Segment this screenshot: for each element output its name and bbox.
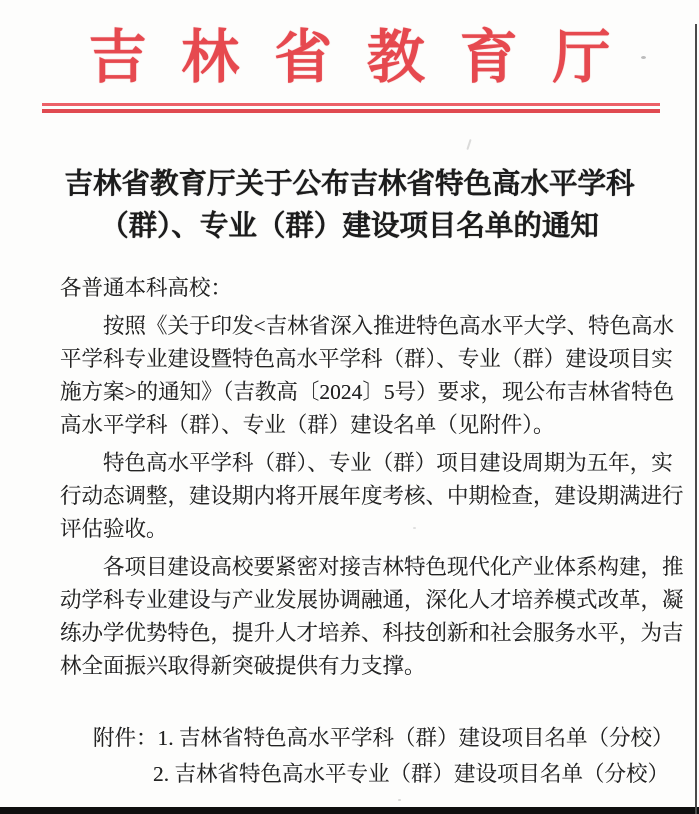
rule-line-top xyxy=(42,103,660,106)
body-line: 平学科专业建设暨特色高水平学科（群）、专业（群）建设项目实 xyxy=(60,343,645,376)
scan-artifact xyxy=(466,139,471,150)
body-line: 各项目建设高校要紧密对接吉林特色现代化产业体系构建，推 xyxy=(60,551,645,584)
salutation-line: 各普通本科高校： xyxy=(60,272,645,305)
attachments-block: 附件：1. 吉林省特色高水平学科（群）建设项目名单（分校） 2. 吉林省特色高水… xyxy=(60,720,645,792)
notice-body: 各普通本科高校： 按照《关于印发<吉林省深入推进特色高水平大学、特色高水 平学科… xyxy=(60,272,645,792)
body-line: 评估验收。 xyxy=(60,513,645,546)
notice-title: 吉林省教育厅关于公布吉林省特色高水平学科 （群）、专业（群）建设项目名单的通知 xyxy=(0,164,699,248)
body-line: 特色高水平学科（群）、专业（群）项目建设周期为五年，实 xyxy=(60,447,645,480)
photo-edge-bottom xyxy=(0,807,699,814)
letterhead-org-name: 吉林省教育厅 xyxy=(0,14,699,102)
rule-line-bottom xyxy=(42,109,660,113)
photo-edge-right xyxy=(695,24,697,814)
scanned-official-document: 吉林省教育厅 吉林省教育厅关于公布吉林省特色高水平学科 （群）、专业（群）建设项… xyxy=(0,0,699,814)
letterhead-double-rule xyxy=(42,103,660,113)
scan-artifact xyxy=(398,799,401,801)
body-line: 练办学优势特色，提升人才培养、科技创新和社会服务水平，为吉 xyxy=(60,617,645,650)
body-line: 按照《关于印发<吉林省深入推进特色高水平大学、特色高水 xyxy=(60,310,645,343)
body-line: 高水平学科（群）、专业（群）建设名单（见附件）。 xyxy=(60,409,645,442)
scan-artifact xyxy=(641,56,646,59)
body-line: 施方案>的通知》（吉教高〔2024〕5号）要求，现公布吉林省特色 xyxy=(60,376,645,409)
body-line: 动学科专业建设与产业发展协调融通，深化人才培养模式改革，凝 xyxy=(60,584,645,617)
notice-title-line-2: （群）、专业（群）建设项目名单的通知 xyxy=(0,206,699,248)
attachment-line-1: 附件：1. 吉林省特色高水平学科（群）建设项目名单（分校） xyxy=(60,720,645,756)
body-line: 林全面振兴取得新突破提供有力支撑。 xyxy=(60,650,645,683)
attachment-line-2: 2. 吉林省特色高水平专业（群）建设项目名单（分校） xyxy=(60,756,645,792)
notice-title-line-1: 吉林省教育厅关于公布吉林省特色高水平学科 xyxy=(0,164,699,206)
body-line: 行动态调整，建设期内将开展年度考核、中期检查，建设期满进行 xyxy=(60,480,645,513)
scan-artifact xyxy=(413,527,416,529)
